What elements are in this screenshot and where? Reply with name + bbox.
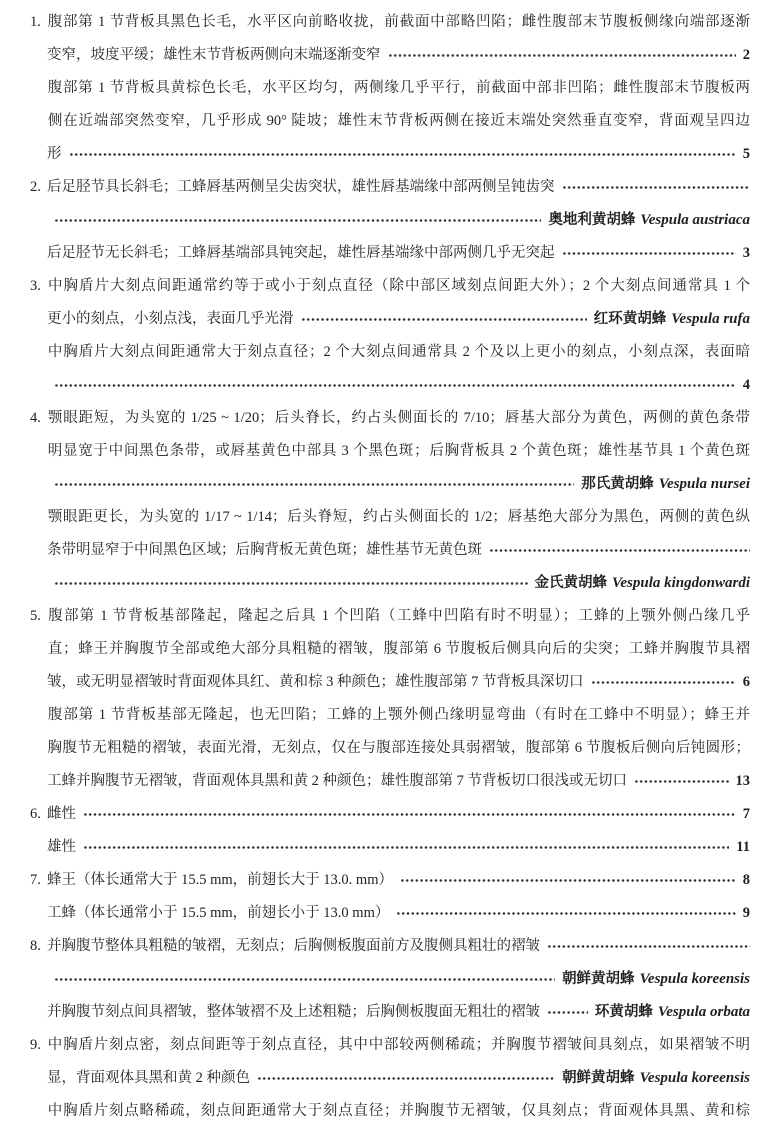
ref-number: 2: [743, 39, 750, 72]
dot-leader-icon: [83, 798, 736, 831]
key-line: 工蜂（体长通常小于 15.5 mm，前翅长小于 13.0 mm）9: [30, 897, 750, 930]
key-line: 朝鲜黄胡蜂Vespula koreensis: [30, 963, 750, 996]
dot-leader-icon: [562, 171, 751, 204]
species-name-latin: Vespula rufa: [671, 311, 750, 327]
key-line: 明显宽于中间黑色条带，或唇基黄色中部具 3 个黑色斑；后胸背板具 2 个黄色斑；…: [30, 435, 750, 468]
dot-leader-icon: [257, 1062, 555, 1095]
key-line: 那氏黄胡蜂Vespula nursei: [30, 468, 750, 501]
key-text: 颚眼距短，为头宽的 1/25 ~ 1/20；后头脊长，约占头侧面长的 7/10；…: [47, 410, 750, 426]
ref-number: 4: [743, 369, 750, 402]
dot-leader-icon: [396, 897, 735, 930]
species-name-chinese: 朝鲜黄胡蜂: [562, 971, 635, 987]
dot-leader-icon: [54, 963, 555, 996]
species-name-latin: Vespula nursei: [659, 476, 750, 492]
species-name-latin: Vespula koreensis: [640, 1070, 750, 1086]
key-line: 直；蜂王并胸腹节全部或绝大部分具粗糙的褶皱，腹部第 6 节腹板后侧具向后的尖突；…: [30, 633, 750, 666]
key-text: 变窄，坡度平缓；雄性末节背板两侧向末端逐渐变窄: [47, 39, 381, 72]
key-line: 胸腹节无粗糙的褶皱，表面光滑，无刻点，仅在与腹部连接处具弱褶皱，腹部第 6 节腹…: [30, 732, 750, 765]
dot-leader-icon: [388, 39, 736, 72]
dot-leader-icon: [489, 534, 750, 567]
key-line: 后足胫节无长斜毛；工蜂唇基端部具钝突起，雄性唇基端缘中部两侧几乎无突起3: [30, 237, 750, 270]
key-text: 后足胫节具长斜毛；工蜂唇基两侧呈尖齿突状，雄性唇基端缘中部两侧呈钝齿突: [47, 171, 555, 204]
key-text: 雌性: [47, 798, 76, 831]
dot-leader-icon: [634, 765, 729, 798]
ref-number: 3: [743, 237, 750, 270]
key-line: 变窄，坡度平缓；雄性末节背板两侧向末端逐渐变窄2: [30, 39, 750, 72]
key-line: 形5: [30, 138, 750, 171]
key-line: 条带明显窄于中间黑色区域；后胸背板无黄色斑；雄性基节无黄色斑: [30, 534, 750, 567]
couplet-number: 9.: [30, 1029, 47, 1062]
key-line: 8.并胸腹节整体具粗糙的皱褶，无刻点；后胸侧板腹面前方及腹侧具粗壮的褶皱: [30, 930, 750, 963]
couplet-number: 8.: [30, 930, 47, 963]
dot-leader-icon: [54, 567, 528, 600]
key-line: 2.后足胫节具长斜毛；工蜂唇基两侧呈尖齿突状，雄性唇基端缘中部两侧呈钝齿突: [30, 171, 750, 204]
key-text: 腹部第 1 节背板具黄棕色长毛，水平区均匀，两侧缘几乎平行，前截面中部非凹陷；雌…: [47, 80, 750, 96]
key-line: 皱，或无明显褶皱时背面观体具红、黄和棕 3 种颜色；雄性腹部第 7 节背板具深切…: [30, 666, 750, 699]
dot-leader-icon: [69, 138, 736, 171]
key-line: 工蜂并胸腹节无褶皱，背面观体具黑和黄 2 种颜色；雄性腹部第 7 节背板切口很浅…: [30, 765, 750, 798]
couplet-number: 6.: [30, 798, 47, 831]
key-text: 雄性: [47, 831, 76, 864]
dot-leader-icon: [591, 666, 736, 699]
key-text: 后足胫节无长斜毛；工蜂唇基端部具钝突起，雄性唇基端缘中部两侧几乎无突起: [47, 237, 555, 270]
key-text: 并胸腹节刻点间具褶皱，整体皱褶不及上述粗糙；后胸侧板腹面无粗壮的褶皱: [47, 996, 540, 1029]
key-text: 皱，或无明显褶皱时背面观体具红、黄和棕 3 种颜色；雄性腹部第 7 节背板具深切…: [47, 666, 584, 699]
dot-leader-icon: [54, 204, 541, 237]
key-line: 3.中胸盾片大刻点间距通常约等于或小于刻点直径（除中部区域刻点间距大外）；2 个…: [30, 270, 750, 303]
ref-number: 7: [743, 798, 750, 831]
dot-leader-icon: [400, 864, 736, 897]
dichotomous-key-document: 1.腹部第 1 节背板具黑色长毛，水平区向前略收拢，前截面中部略凹陷；雌性腹部末…: [0, 0, 767, 1121]
couplet-number: 2.: [30, 171, 47, 204]
key-text: 腹部第 1 节背板基部无隆起，也无凹陷；工蜂的上颚外侧凸缘明显弯曲（有时在工蜂中…: [47, 707, 750, 723]
key-line: 4.颚眼距短，为头宽的 1/25 ~ 1/20；后头脊长，约占头侧面长的 7/1…: [30, 402, 750, 435]
key-text: 直；蜂王并胸腹节全部或绝大部分具粗糙的褶皱，腹部第 6 节腹板后侧具向后的尖突；…: [47, 641, 750, 657]
species-name-latin: Vespula koreensis: [640, 971, 750, 987]
ref-number: 5: [743, 138, 750, 171]
species-name: 那氏黄胡蜂Vespula nursei: [581, 468, 750, 501]
species-name: 环黄胡蜂Vespula orbata: [595, 996, 750, 1029]
key-text: 中胸盾片大刻点间距通常大于刻点直径；2 个大刻点间通常具 2 个及以上更小的刻点…: [47, 344, 750, 360]
key-text: 显，背面观体具黑和黄 2 种颜色: [47, 1062, 250, 1095]
key-text: 颚眼距更长，为头宽的 1/17 ~ 1/14；后头脊短，约占头侧面长的 1/2；…: [47, 509, 750, 525]
dot-leader-icon: [54, 369, 736, 402]
key-text: 并胸腹节整体具粗糙的皱褶，无刻点；后胸侧板腹面前方及腹侧具粗壮的褶皱: [47, 930, 540, 963]
dot-leader-icon: [83, 831, 729, 864]
key-line: 中胸盾片刻点略稀疏，刻点间距通常大于刻点直径；并胸腹节无褶皱，仅具刻点；背面观体…: [30, 1095, 750, 1121]
key-line: 金氏黄胡蜂Vespula kingdonwardi: [30, 567, 750, 600]
key-text: 形: [47, 138, 62, 171]
dot-leader-icon: [547, 996, 588, 1029]
key-text: 中胸盾片刻点密，刻点间距等于刻点直径，其中中部较两侧稀疏；并胸腹节褶皱间具刻点，…: [47, 1037, 750, 1053]
ref-number: 11: [736, 831, 750, 864]
dot-leader-icon: [301, 303, 587, 336]
key-line: 4: [30, 369, 750, 402]
key-line: 侧在近端部突然变窄，几乎形成 90° 陡坡；雄性末节背板两侧在接近末端处突然垂直…: [30, 105, 750, 138]
key-line: 腹部第 1 节背板具黄棕色长毛，水平区均匀，两侧缘几乎平行，前截面中部非凹陷；雌…: [30, 72, 750, 105]
species-name-chinese: 金氏黄胡蜂: [535, 575, 608, 591]
species-name-chinese: 奥地利黄胡蜂: [548, 212, 635, 228]
key-text: 工蜂（体长通常小于 15.5 mm，前翅长小于 13.0 mm）: [47, 897, 389, 930]
key-lines-container: 1.腹部第 1 节背板具黑色长毛，水平区向前略收拢，前截面中部略凹陷；雌性腹部末…: [30, 6, 750, 1121]
key-text: 蜂王（体长通常大于 15.5 mm，前翅长大于 13.0. mm）: [47, 864, 393, 897]
species-name-chinese: 红环黄胡蜂: [594, 311, 667, 327]
key-line: 1.腹部第 1 节背板具黑色长毛，水平区向前略收拢，前截面中部略凹陷；雌性腹部末…: [30, 6, 750, 39]
couplet-number: 5.: [30, 600, 47, 633]
key-line: 颚眼距更长，为头宽的 1/17 ~ 1/14；后头脊短，约占头侧面长的 1/2；…: [30, 501, 750, 534]
ref-number: 8: [743, 864, 750, 897]
key-line: 奥地利黄胡蜂Vespula austriaca: [30, 204, 750, 237]
key-text: 腹部第 1 节背板基部隆起，隆起之后具 1 个凹陷（工蜂中凹陷有时不明显）；工蜂…: [47, 608, 750, 624]
key-line: 6.雌性7: [30, 798, 750, 831]
species-name: 朝鲜黄胡蜂Vespula koreensis: [562, 1062, 750, 1095]
ref-number: 6: [743, 666, 750, 699]
species-name: 朝鲜黄胡蜂Vespula koreensis: [562, 963, 750, 996]
key-line: 中胸盾片大刻点间距通常大于刻点直径；2 个大刻点间通常具 2 个及以上更小的刻点…: [30, 336, 750, 369]
couplet-number: 1.: [30, 6, 47, 39]
key-text: 侧在近端部突然变窄，几乎形成 90° 陡坡；雄性末节背板两侧在接近末端处突然垂直…: [47, 113, 750, 129]
ref-number: 13: [736, 765, 751, 798]
species-name-latin: Vespula kingdonwardi: [612, 575, 750, 591]
key-text: 中胸盾片刻点略稀疏，刻点间距通常大于刻点直径；并胸腹节无褶皱，仅具刻点；背面观体…: [47, 1103, 750, 1119]
species-name: 红环黄胡蜂Vespula rufa: [594, 303, 750, 336]
species-name-latin: Vespula austriaca: [640, 212, 750, 228]
key-line: 5.腹部第 1 节背板基部隆起，隆起之后具 1 个凹陷（工蜂中凹陷有时不明显）；…: [30, 600, 750, 633]
key-line: 更小的刻点，小刻点浅，表面几乎光滑红环黄胡蜂Vespula rufa: [30, 303, 750, 336]
key-text: 条带明显窄于中间黑色区域；后胸背板无黄色斑；雄性基节无黄色斑: [47, 534, 482, 567]
species-name-chinese: 那氏黄胡蜂: [581, 476, 654, 492]
dot-leader-icon: [562, 237, 736, 270]
species-name-chinese: 环黄胡蜂: [595, 1004, 653, 1020]
species-name-latin: Vespula orbata: [658, 1004, 750, 1020]
couplet-number: 7.: [30, 864, 47, 897]
species-name: 奥地利黄胡蜂Vespula austriaca: [548, 204, 750, 237]
key-text: 中胸盾片大刻点间距通常约等于或小于刻点直径（除中部区域刻点间距大外）；2 个大刻…: [47, 278, 750, 294]
couplet-number: 3.: [30, 270, 47, 303]
key-line: 并胸腹节刻点间具褶皱，整体皱褶不及上述粗糙；后胸侧板腹面无粗壮的褶皱环黄胡蜂Ve…: [30, 996, 750, 1029]
key-text: 明显宽于中间黑色条带，或唇基黄色中部具 3 个黑色斑；后胸背板具 2 个黄色斑；…: [47, 443, 750, 459]
species-name: 金氏黄胡蜂Vespula kingdonwardi: [535, 567, 750, 600]
key-text: 工蜂并胸腹节无褶皱，背面观体具黑和黄 2 种颜色；雄性腹部第 7 节背板切口很浅…: [47, 765, 627, 798]
key-text: 胸腹节无粗糙的褶皱，表面光滑，无刻点，仅在与腹部连接处具弱褶皱，腹部第 6 节腹…: [47, 740, 750, 756]
dot-leader-icon: [54, 468, 574, 501]
key-line: 9.中胸盾片刻点密，刻点间距等于刻点直径，其中中部较两侧稀疏；并胸腹节褶皱间具刻…: [30, 1029, 750, 1062]
couplet-number: 4.: [30, 402, 47, 435]
key-text: 腹部第 1 节背板具黑色长毛，水平区向前略收拢，前截面中部略凹陷；雌性腹部末节腹…: [47, 14, 750, 30]
key-line: 雄性11: [30, 831, 750, 864]
dot-leader-icon: [547, 930, 750, 963]
key-line: 腹部第 1 节背板基部无隆起，也无凹陷；工蜂的上颚外侧凸缘明显弯曲（有时在工蜂中…: [30, 699, 750, 732]
key-text: 更小的刻点，小刻点浅，表面几乎光滑: [47, 303, 294, 336]
ref-number: 9: [743, 897, 750, 930]
key-line: 显，背面观体具黑和黄 2 种颜色朝鲜黄胡蜂Vespula koreensis: [30, 1062, 750, 1095]
key-line: 7.蜂王（体长通常大于 15.5 mm，前翅长大于 13.0. mm）8: [30, 864, 750, 897]
species-name-chinese: 朝鲜黄胡蜂: [562, 1070, 635, 1086]
